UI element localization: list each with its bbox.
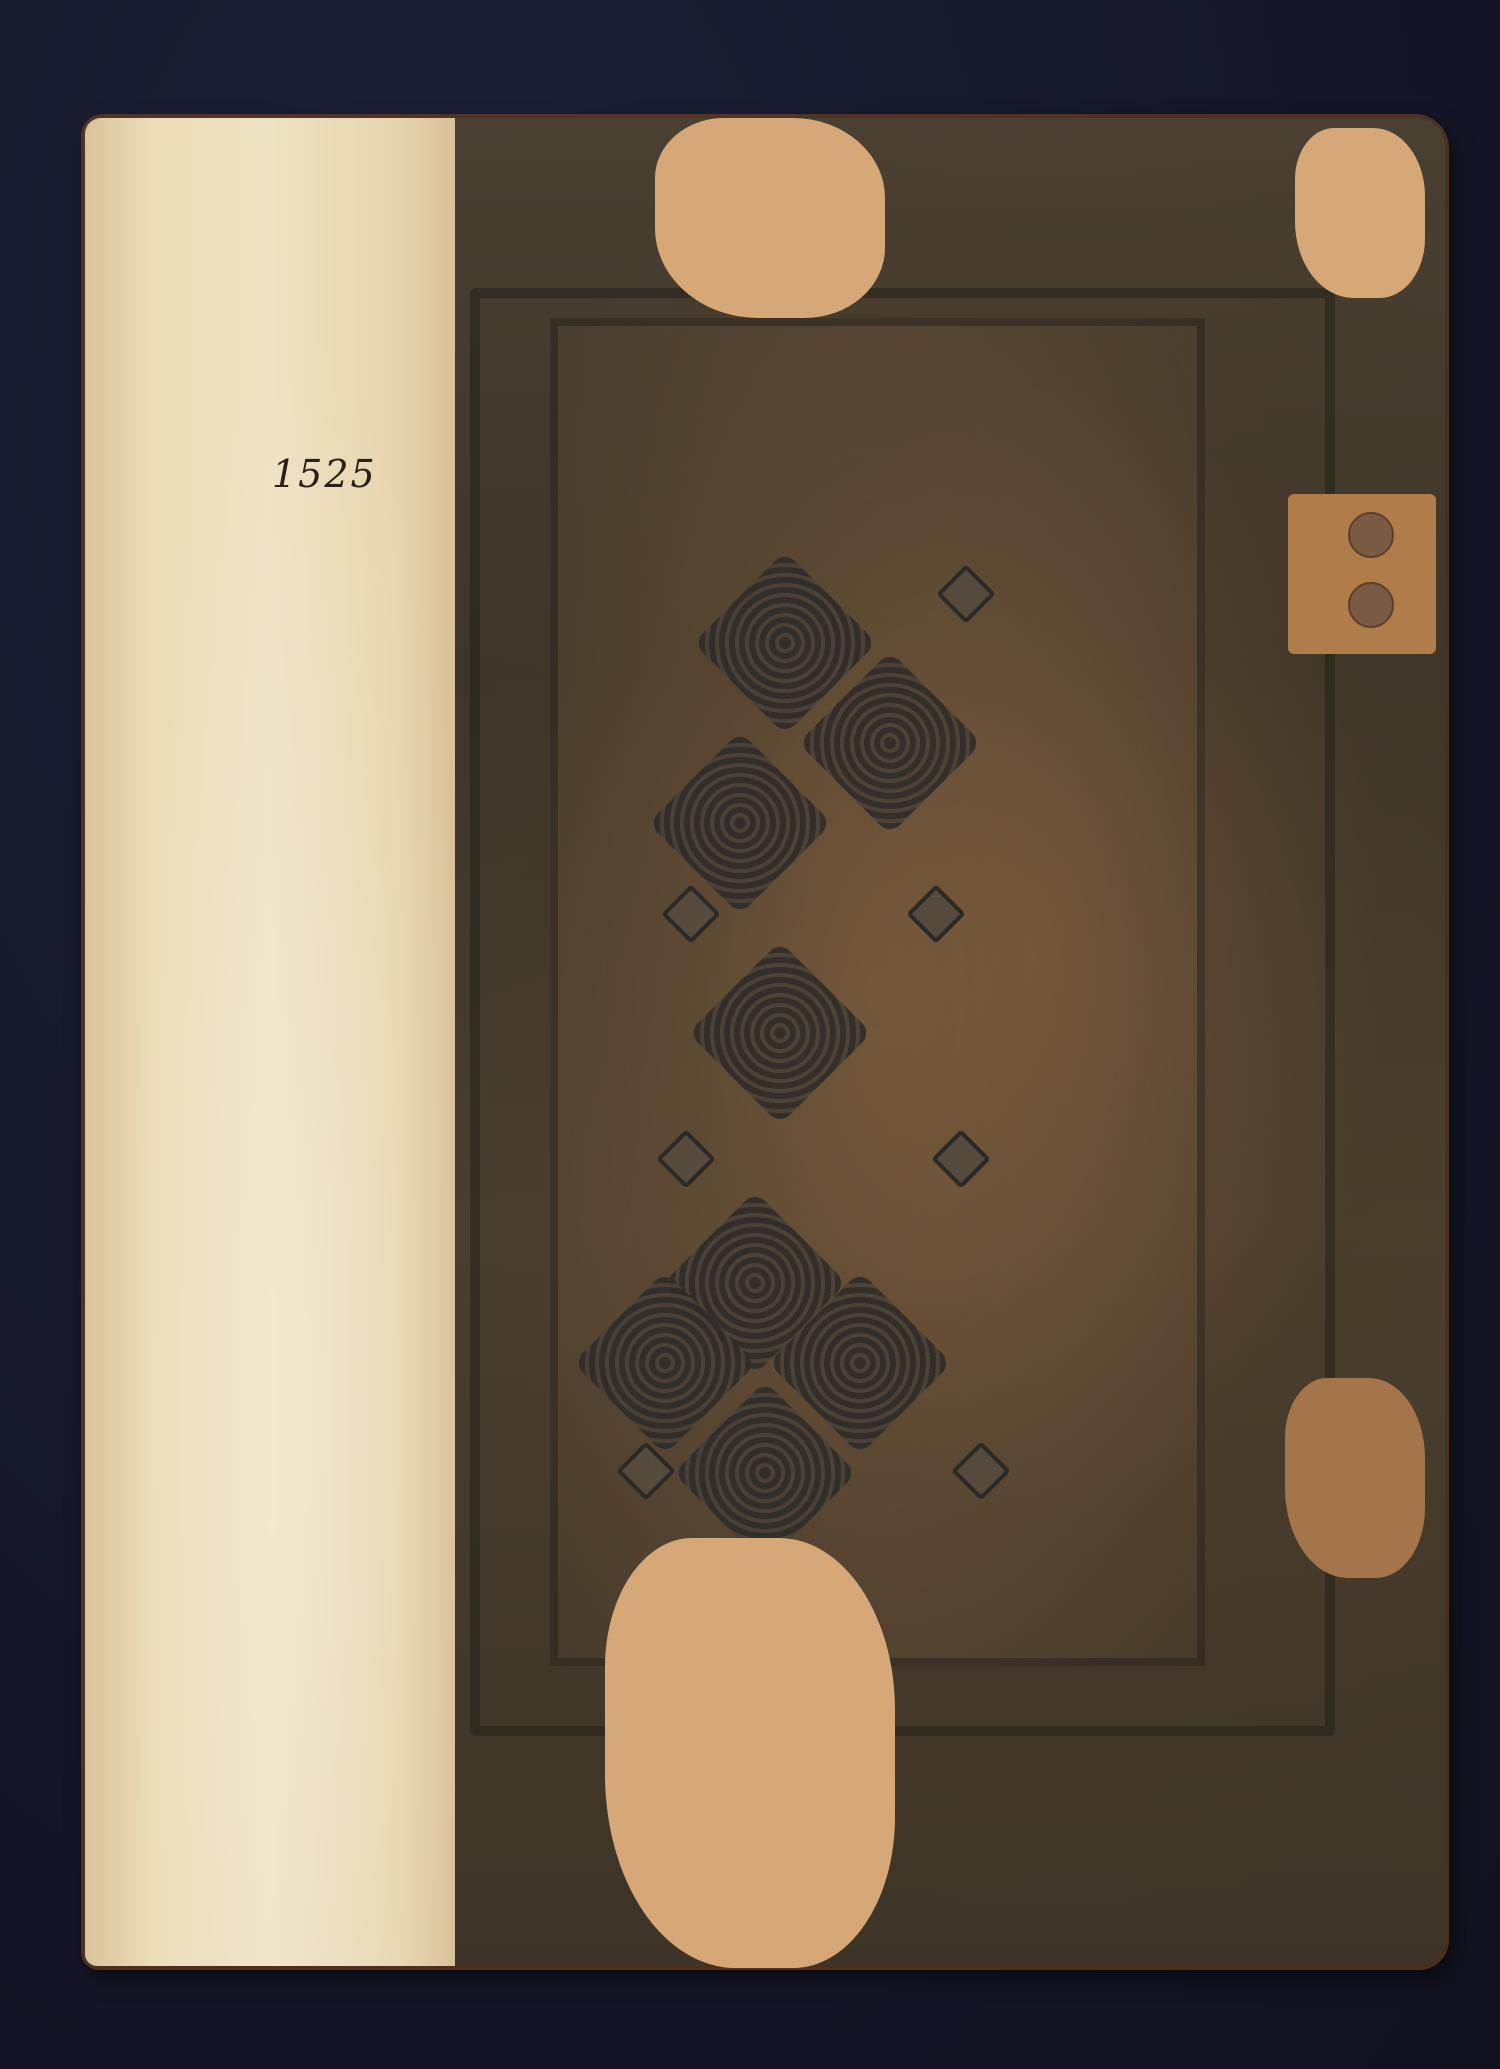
worn-clasp-area	[1285, 1378, 1425, 1578]
metal-clasp	[1288, 494, 1436, 654]
rivet	[1348, 512, 1394, 558]
spine-inscription: 1525	[272, 452, 377, 496]
worn-leather-patch	[655, 118, 885, 318]
exposed-wood-patch	[605, 1538, 895, 1968]
worn-corner	[1295, 128, 1425, 298]
rivet	[1348, 582, 1394, 628]
vellum-spine	[85, 118, 455, 1966]
book-cover	[85, 118, 1445, 1966]
leather-board	[440, 118, 1445, 1966]
